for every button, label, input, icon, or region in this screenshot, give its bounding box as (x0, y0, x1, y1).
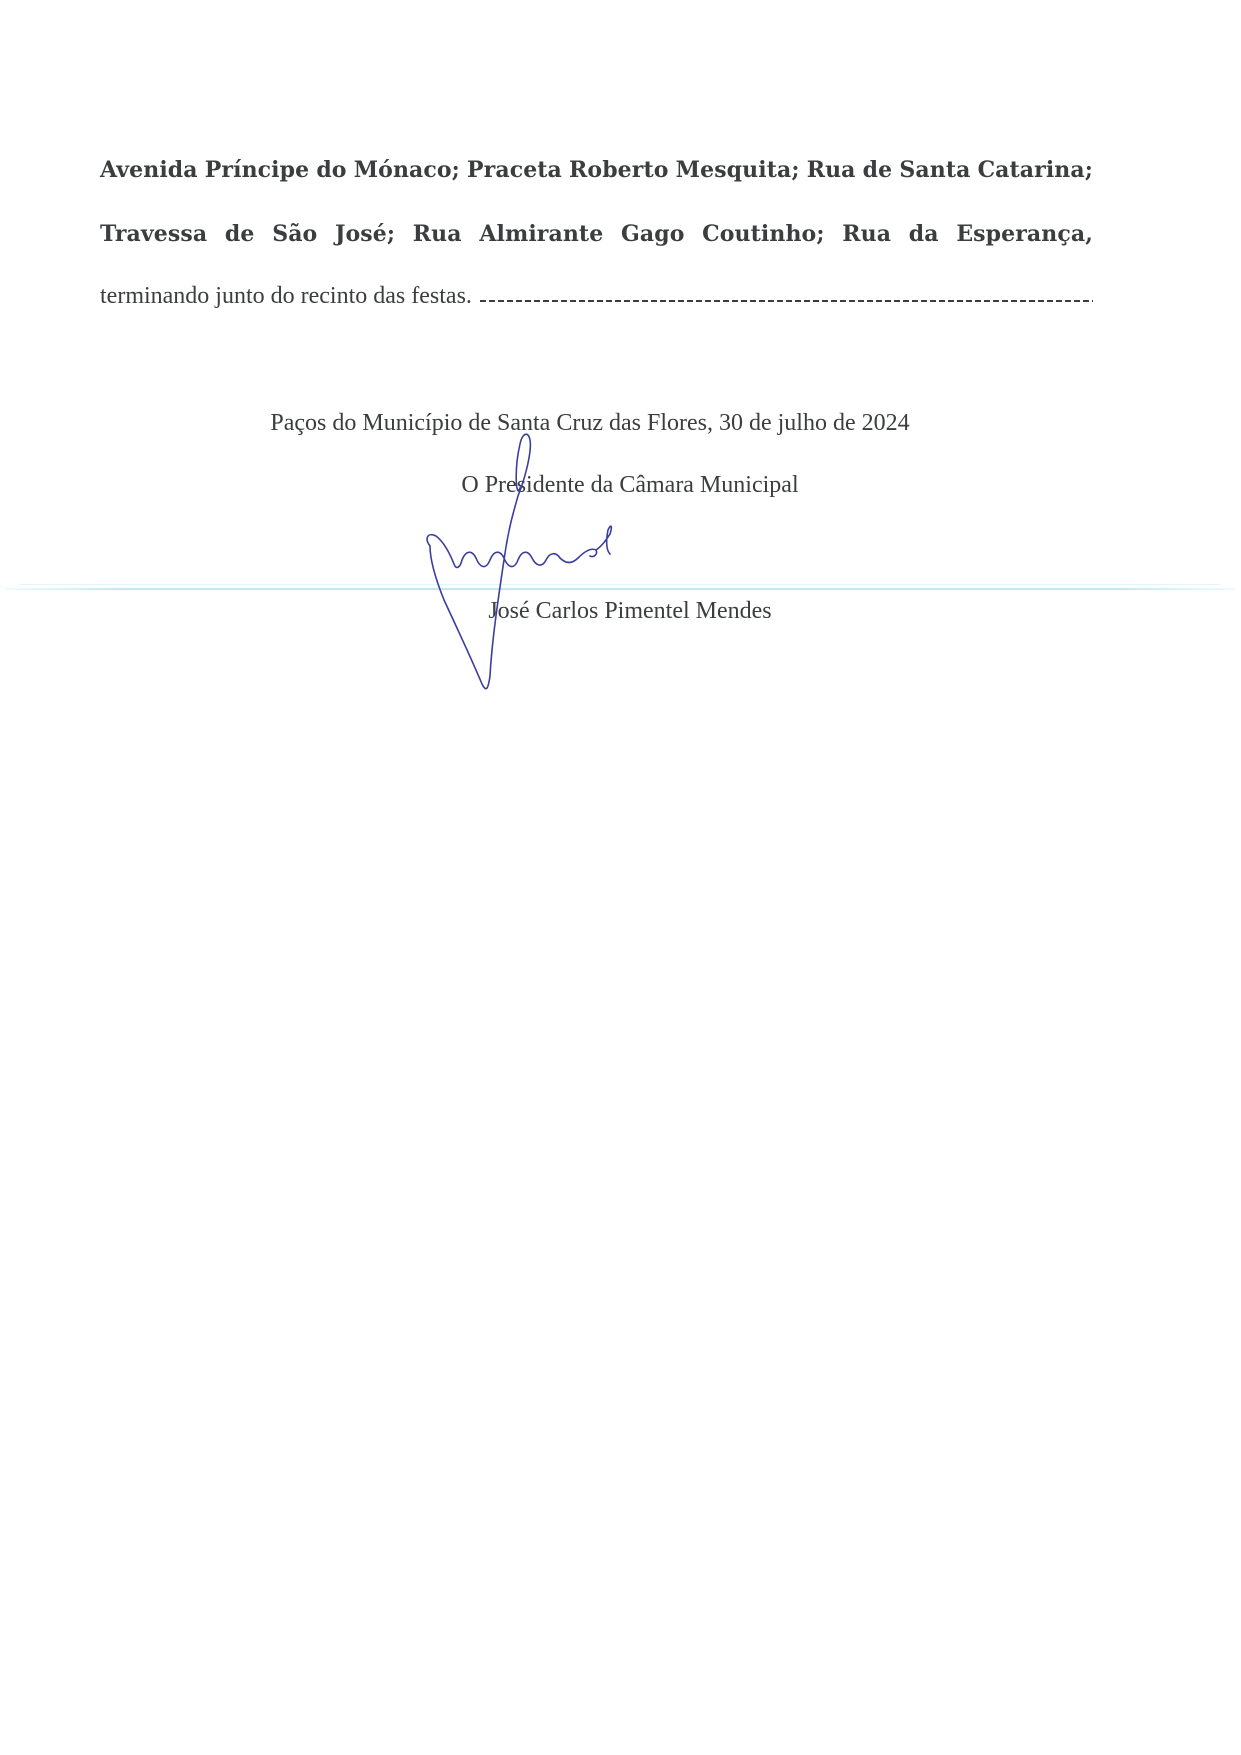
word: Coutinho; (702, 221, 824, 247)
word: José; (335, 221, 395, 247)
word: de (225, 221, 255, 247)
place-and-date: Paços do Município de Santa Cruz das Flo… (210, 410, 970, 437)
word: Roberto (569, 157, 668, 183)
word: Rua (842, 221, 891, 247)
word: São (272, 221, 317, 247)
word: Rua (807, 157, 856, 183)
scan-artifact-line (20, 584, 1220, 585)
word: Praceta (467, 157, 562, 183)
word: Catarina; (978, 157, 1093, 183)
document-page: AvenidaPríncipedoMónaco;PracetaRobertoMe… (0, 0, 1241, 1755)
word: Rua (413, 221, 462, 247)
paragraph-line-1: AvenidaPríncipedoMónaco;PracetaRobertoMe… (100, 157, 1093, 183)
word: Mesquita; (676, 157, 800, 183)
word: da (909, 221, 939, 247)
signatory-role: O Presidente da Câmara Municipal (430, 472, 830, 499)
word: de (863, 157, 893, 183)
word: Gago (621, 221, 685, 247)
word: Travessa (100, 221, 207, 247)
word: Príncipe (205, 157, 309, 183)
word: Santa (899, 157, 970, 183)
word: Esperança, (956, 221, 1093, 247)
paragraph-line-2: TravessadeSãoJosé;RuaAlmiranteGagoCoutin… (100, 221, 1093, 247)
signatory-name: José Carlos Pimentel Mendes (460, 598, 800, 625)
filler-dashes (480, 300, 1093, 302)
scan-artifact-line (5, 588, 1235, 590)
word: do (316, 157, 346, 183)
word: Avenida (100, 157, 198, 183)
word: Almirante (479, 221, 603, 247)
word: Mónaco; (354, 157, 460, 183)
paragraph-line-3-text: terminando junto do recinto das festas. (100, 283, 472, 310)
paragraph-line-3: terminando junto do recinto das festas. (100, 283, 1093, 310)
